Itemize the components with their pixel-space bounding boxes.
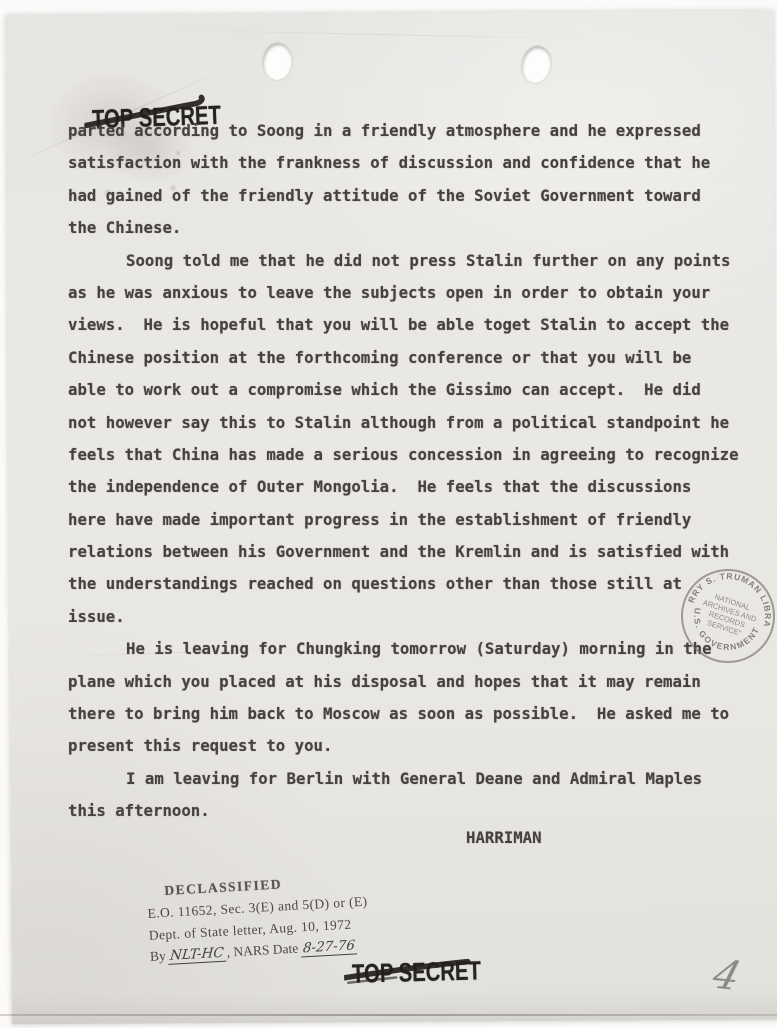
text-line: there to bring him back to Moscow as soo… [68,704,748,736]
text-line: satisfaction with the frankness of discu… [68,153,748,185]
text-line: the Chinese. [68,218,748,250]
text-line: issue. [68,607,748,639]
text-line: feels that China has made a serious conc… [68,445,748,477]
text-line: Soong told me that he did not press Stal… [68,251,748,283]
by-label: By [150,948,167,964]
scanned-document-page: TOP SECRET parted according to Soong in … [0,0,777,1028]
text-line: views. He is hopeful that you will be ab… [68,315,748,347]
text-line: the understandings reached on questions … [68,574,748,606]
text-line: parted according to Soong in a friendly … [68,121,748,153]
national-archives-round-stamp: HARRY S. TRUMAN LIBRARY U.S. GOVERNMENT … [678,566,777,666]
text-line: had gained of the friendly attitude of t… [68,186,748,218]
text-line: Chinese position at the forthcoming conf… [68,348,748,380]
text-line: He is leaving for Chungking tomorrow (Sa… [68,639,748,671]
top-secret-stamp-bottom: TOP SECRET [344,949,485,993]
text-line: here have made important progress in the… [68,510,748,542]
text-line: present this request to you. [68,736,748,768]
text-line: plane which you placed at his disposal a… [68,672,748,704]
text-line: as he was anxious to leave the subjects … [68,283,748,315]
nars-date-label: , NARS Date [226,941,298,960]
text-line: able to work out a compromise which the … [68,380,748,412]
typed-body-text: parted according to Soong in a friendly … [68,121,748,834]
signature-harriman: HARRIMAN [466,828,542,847]
text-line: the independence of Outer Mongolia. He f… [68,477,748,509]
text-line: I am leaving for Berlin with General Dea… [68,769,748,801]
handwritten-initials: NLT-HC [168,945,227,965]
text-line: not however say this to Stalin although … [68,413,748,445]
paper-bottom-edge [0,1014,777,1016]
text-line: this afternoon. [68,801,748,833]
text-line: relations between his Government and the… [68,542,748,574]
strike-through-mark [344,949,485,993]
